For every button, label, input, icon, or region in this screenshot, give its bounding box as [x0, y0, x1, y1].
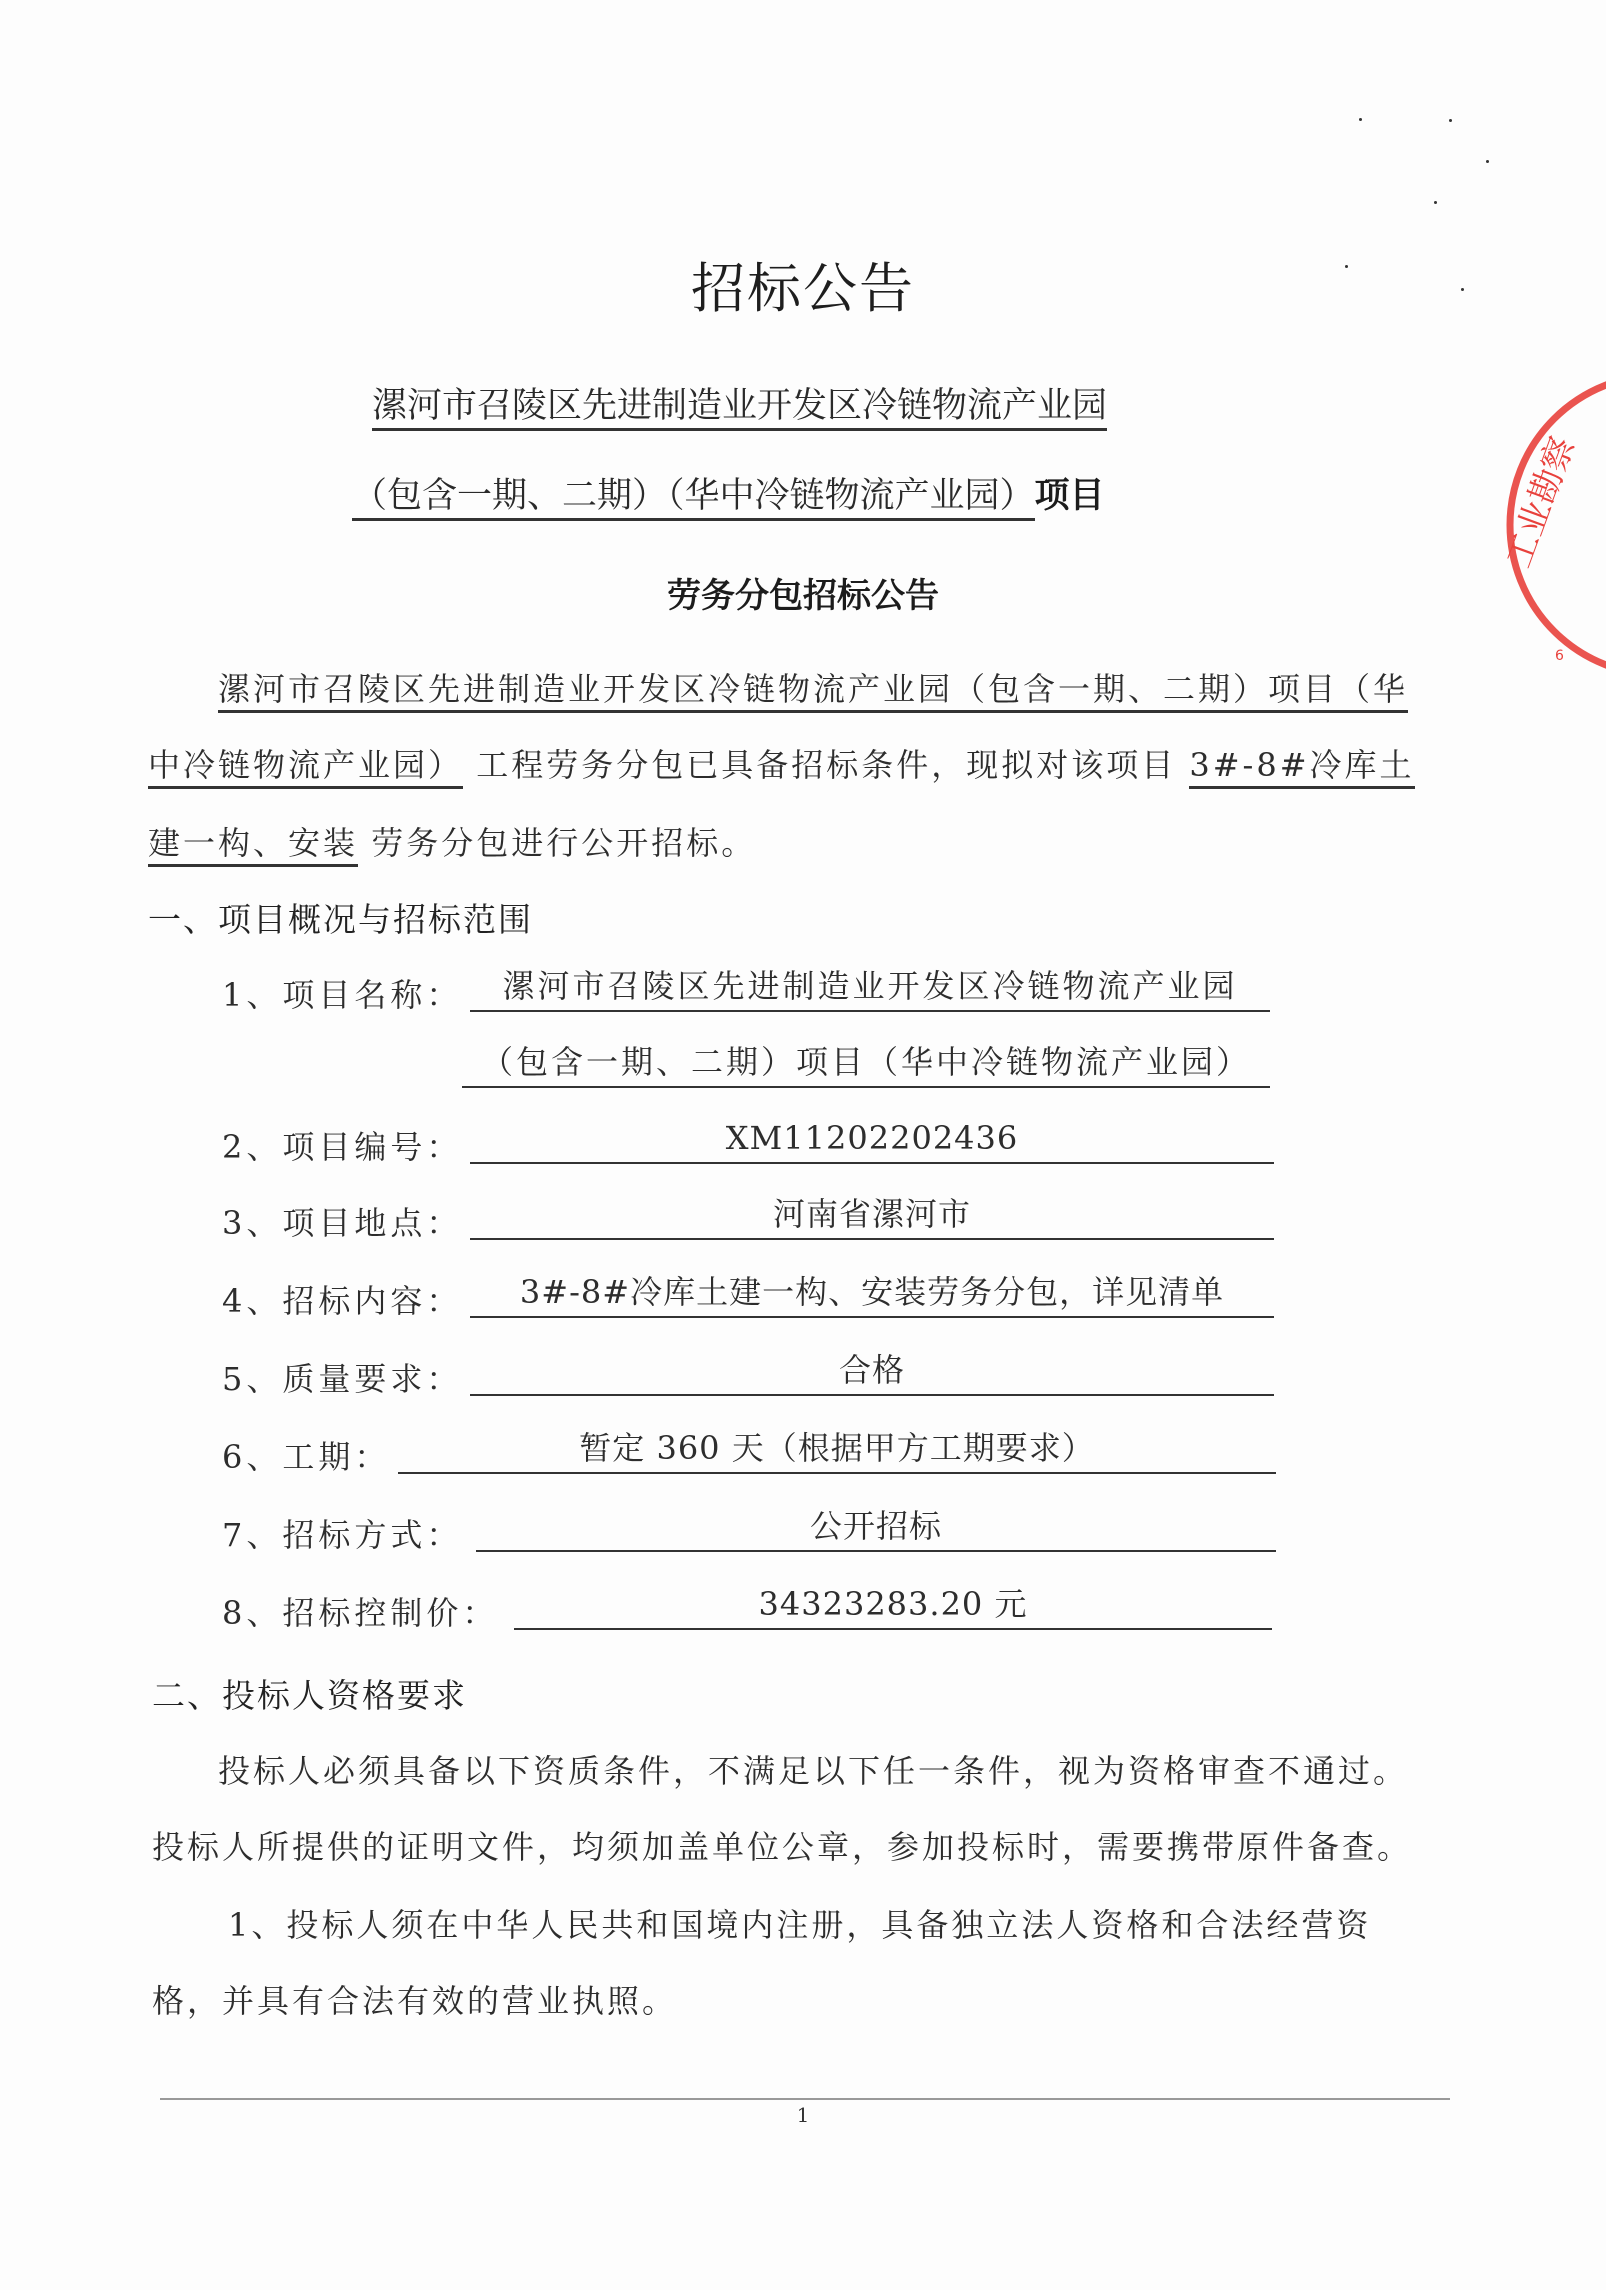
field-value-control-price: 34323283.20 元 — [514, 1584, 1272, 1630]
speck — [1486, 160, 1489, 163]
project-title-line1-text: 漯河市召陵区先进制造业开发区冷链物流产业园 — [372, 386, 1107, 431]
field-label-duration: 6、工期： — [222, 1432, 390, 1478]
speck — [1359, 118, 1362, 121]
speck — [1345, 265, 1348, 268]
intro-text-end: 劳务分包进行公开招标。 — [371, 824, 756, 862]
project-title-suffix: 项目 — [1035, 476, 1105, 516]
page-number: 1 — [0, 2103, 1606, 2127]
field-value-project-name-line2: （包含一期、二期）项目（华中冷链物流产业园） — [462, 1042, 1270, 1088]
intro-line2: 中冷链物流产业园） 工程劳务分包已具备招标条件，现拟对该项目 3#-8#冷库土 — [148, 740, 1415, 786]
field-label-quality: 5、质量要求： — [222, 1354, 462, 1400]
section2-para1-line1: 投标人必须具备以下资质条件，不满足以下任一条件，视为资格审查不通过。 — [218, 1746, 1408, 1792]
svg-text:6: 6 — [1555, 648, 1564, 664]
intro-line1: 漯河市召陵区先进制造业开发区冷链物流产业园（包含一期、二期）项目（华 — [218, 664, 1408, 710]
speck — [1449, 119, 1452, 122]
intro-scope-cont: 建一构、安装 — [148, 824, 358, 867]
field-value-project-code: XM11202202436 — [470, 1118, 1274, 1164]
field-value-project-location: 河南省漯河市 — [470, 1194, 1274, 1240]
field-label-project-name: 1、项目名称： — [222, 970, 462, 1016]
section2-para1-line2: 投标人所提供的证明文件，均须加盖单位公章，参加投标时，需要携带原件备查。 — [152, 1822, 1412, 1868]
field-value-tender-method: 公开招标 — [476, 1506, 1276, 1552]
speck — [1461, 288, 1464, 291]
project-title-line2-text: （包含一期、二期）（华中冷链物流产业园） — [352, 476, 1035, 521]
field-value-duration: 暂定 360 天（根据甲方工期要求） — [398, 1428, 1276, 1474]
speck — [1434, 201, 1437, 204]
red-seal-stamp-icon: 工业勘察 6 — [1490, 360, 1606, 680]
field-value-project-name: 漯河市召陵区先进制造业开发区冷链物流产业园 — [470, 966, 1270, 1012]
footer-divider — [160, 2098, 1450, 2100]
section1-heading: 一、项目概况与招标范围 — [148, 894, 533, 941]
field-value-tender-content: 3#-8#冷库土建一构、安装劳务分包，详见清单 — [470, 1272, 1274, 1318]
field-value-quality: 合格 — [470, 1350, 1274, 1396]
field-label-control-price: 8、招标控制价： — [222, 1588, 498, 1634]
document-subtitle: 劳务分包招标公告 — [0, 568, 1606, 617]
section2-heading: 二、投标人资格要求 — [152, 1670, 467, 1717]
intro-scope: 3#-8#冷库土 — [1189, 746, 1414, 789]
intro-project-name-cont: 中冷链物流产业园） — [148, 746, 463, 789]
intro-text: 工程劳务分包已具备招标条件，现拟对该项目 — [476, 746, 1176, 784]
field-label-tender-content: 4、招标内容： — [222, 1276, 462, 1322]
section2-item1-line2: 格，并具有合法有效的营业执照。 — [152, 1976, 677, 2022]
field-label-project-code: 2、项目编号： — [222, 1122, 462, 1168]
document-title: 招标公告 — [0, 246, 1606, 323]
field-label-project-location: 3、项目地点： — [222, 1198, 462, 1244]
section2-item1-line1: 1、投标人须在中华人民共和国境内注册，具备独立法人资格和合法经营资 — [228, 1900, 1371, 1946]
field-label-tender-method: 7、招标方式： — [222, 1510, 462, 1556]
intro-project-name: 漯河市召陵区先进制造业开发区冷链物流产业园（包含一期、二期）项目（华 — [218, 670, 1408, 713]
project-title-line2: （包含一期、二期）（华中冷链物流产业园）项目 — [352, 468, 1105, 518]
intro-line3: 建一构、安装 劳务分包进行公开招标。 — [148, 818, 756, 864]
project-title-line1: 漯河市召陵区先进制造业开发区冷链物流产业园 — [372, 378, 1107, 428]
